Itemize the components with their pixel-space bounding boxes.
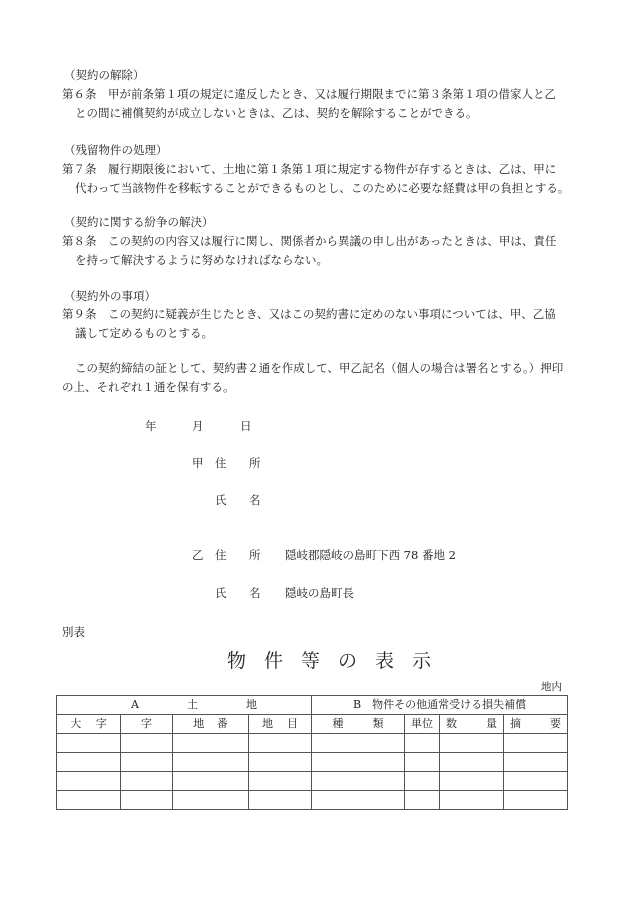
col-suryo: 数量 (440, 715, 504, 734)
group-a-word-2: 地 (246, 697, 257, 713)
cell[interactable] (249, 734, 312, 753)
address-label-2: 所 (249, 456, 261, 470)
cell[interactable] (440, 772, 504, 791)
address-label-1: 住 (215, 548, 227, 562)
group-a-header: A 土 地 (57, 696, 312, 715)
cell[interactable] (504, 753, 568, 772)
table-row (57, 753, 568, 772)
article-text-continued: 代わって当該物件を移転することができるものとし、このために必要な経費は甲の負担と… (75, 181, 569, 195)
article-text-continued: との間に補償契約が成立しないときは、乙は、契約を解除することができる。 (75, 106, 478, 120)
day-label: 日 (240, 419, 252, 433)
property-table: A 土 地 B 物件その他通常受ける損失補償 大字 字 地番 地目 種類 単位 … (56, 695, 568, 810)
article-text-continued: 議して定めるものとする。 (75, 326, 213, 340)
cell[interactable] (173, 753, 249, 772)
area-note: 地内 (541, 680, 562, 694)
group-a-word-1: 土 (187, 697, 198, 713)
article-heading: （契約に関する紛争の解決） (64, 215, 214, 229)
cell[interactable] (504, 791, 568, 810)
year-label: 年 (145, 419, 157, 433)
party-b-address-value: 隠岐郡隠岐の島町下西 78 番地 2 (285, 548, 456, 562)
cell[interactable] (57, 753, 121, 772)
month-label: 月 (192, 419, 204, 433)
article-text: 第９条 この契約に疑義が生じたとき、又はこの契約書に定めのない事項については、甲… (62, 307, 556, 321)
appendix-label: 別表 (62, 625, 85, 639)
cell[interactable] (57, 791, 121, 810)
table-group-header-row: A 土 地 B 物件その他通常受ける損失補償 (57, 696, 568, 715)
party-b-label: 乙 (192, 548, 204, 562)
col-tani: 単位 (405, 715, 440, 734)
cell[interactable] (57, 734, 121, 753)
cell[interactable] (121, 734, 173, 753)
cell[interactable] (440, 753, 504, 772)
article-text-continued: を持って解決するように努めなければならない。 (75, 253, 328, 267)
cell[interactable] (504, 734, 568, 753)
name-label-2: 名 (249, 493, 261, 507)
cell[interactable] (57, 772, 121, 791)
cell[interactable] (405, 734, 440, 753)
article-text: 第６条 甲が前条第１項の規定に違反したとき、又は履行期限までに第３条第１項の借家… (62, 87, 556, 101)
cell[interactable] (405, 753, 440, 772)
cell[interactable] (173, 791, 249, 810)
cell[interactable] (504, 772, 568, 791)
article-heading: （契約外の事項） (64, 289, 156, 303)
closing-text: この契約締結の証として、契約書２通を作成して、甲乙記名（個人の場合は署名とする。… (75, 361, 563, 375)
col-tekiyo: 摘要 (504, 715, 568, 734)
cell[interactable] (173, 772, 249, 791)
party-b-name-value: 隠岐の島町長 (285, 586, 354, 600)
article-text: 第７条 履行期限後において、土地に第１条第１項に規定する物件が存するときは、乙は… (62, 162, 556, 176)
name-label-1: 氏 (215, 493, 227, 507)
table-column-header-row: 大字 字 地番 地目 種類 単位 数量 摘要 (57, 715, 568, 734)
col-oaza: 大字 (57, 715, 121, 734)
party-a-label: 甲 (192, 456, 204, 470)
cell[interactable] (249, 791, 312, 810)
appendix-title: 物件等の表示 (227, 650, 449, 672)
cell[interactable] (312, 734, 405, 753)
cell[interactable] (121, 791, 173, 810)
cell[interactable] (440, 791, 504, 810)
col-chimoku: 地目 (249, 715, 312, 734)
cell[interactable] (121, 753, 173, 772)
group-a-letter: A (131, 697, 139, 713)
table-row (57, 772, 568, 791)
col-chiban: 地番 (173, 715, 249, 734)
cell[interactable] (249, 772, 312, 791)
article-heading: （契約の解除） (64, 68, 145, 82)
name-label-2: 名 (249, 586, 261, 600)
address-label-2: 所 (249, 548, 261, 562)
table-row (57, 734, 568, 753)
article-heading: （残留物件の処理） (64, 143, 168, 157)
cell[interactable] (121, 772, 173, 791)
closing-text-continued: の上、それぞれ１通を保有する。 (62, 380, 235, 394)
name-label-1: 氏 (215, 586, 227, 600)
cell[interactable] (173, 734, 249, 753)
cell[interactable] (405, 791, 440, 810)
cell[interactable] (312, 772, 405, 791)
cell[interactable] (405, 772, 440, 791)
table-row (57, 791, 568, 810)
cell[interactable] (312, 791, 405, 810)
col-shurui: 種類 (312, 715, 405, 734)
cell[interactable] (312, 753, 405, 772)
group-b-header: B 物件その他通常受ける損失補償 (312, 696, 568, 715)
article-text: 第８条 この契約の内容又は履行に関し、関係者から異議の申し出があったときは、甲は… (62, 234, 556, 248)
col-aza: 字 (121, 715, 173, 734)
cell[interactable] (440, 734, 504, 753)
address-label-1: 住 (215, 456, 227, 470)
cell[interactable] (249, 753, 312, 772)
